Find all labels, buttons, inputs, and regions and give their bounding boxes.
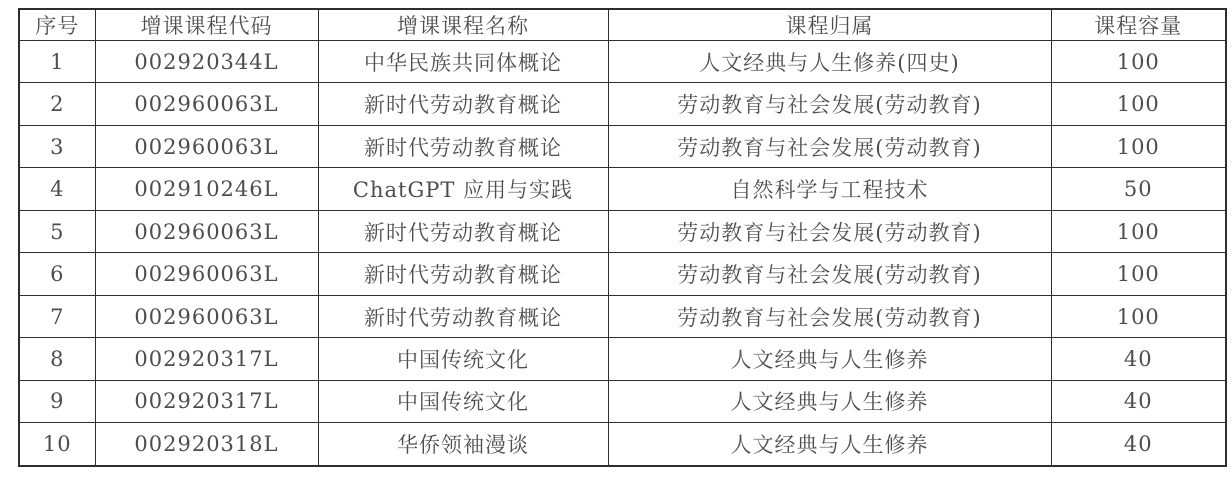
- cell-name: 华侨领袖漫谈: [318, 423, 608, 466]
- cell-code: 002960063L: [95, 210, 318, 252]
- cell-code: 002920317L: [95, 380, 318, 422]
- cell-capacity: 50: [1051, 168, 1226, 210]
- header-row: 序号增课课程代码增课课程名称课程归属课程容量: [19, 9, 1226, 41]
- cell-category: 劳动教育与社会发展(劳动教育): [608, 295, 1051, 337]
- table-row: 4002910246LChatGPT 应用与实践自然科学与工程技术50: [19, 168, 1226, 210]
- cell-capacity: 100: [1051, 83, 1226, 125]
- cell-category: 劳动教育与社会发展(劳动教育): [608, 125, 1051, 167]
- cell-no: 2: [19, 83, 95, 125]
- cell-capacity: 40: [1051, 380, 1226, 422]
- header-cell-capacity: 课程容量: [1051, 9, 1226, 41]
- cell-no: 7: [19, 295, 95, 337]
- cell-category: 人文经典与人生修养: [608, 423, 1051, 466]
- cell-code: 002920318L: [95, 423, 318, 466]
- cell-name: 中国传统文化: [318, 380, 608, 422]
- cell-category: 人文经典与人生修养(四史): [608, 41, 1051, 83]
- cell-category: 人文经典与人生修养: [608, 380, 1051, 422]
- header-cell-code: 增课课程代码: [95, 9, 318, 41]
- cell-capacity: 100: [1051, 210, 1226, 252]
- cell-name: 新时代劳动教育概论: [318, 83, 608, 125]
- cell-capacity: 100: [1051, 41, 1226, 83]
- cell-name: 新时代劳动教育概论: [318, 210, 608, 252]
- course-table: 序号增课课程代码增课课程名称课程归属课程容量 1002920344L中华民族共同…: [18, 8, 1227, 467]
- cell-category: 劳动教育与社会发展(劳动教育): [608, 253, 1051, 295]
- cell-name: 新时代劳动教育概论: [318, 125, 608, 167]
- header-cell-category: 课程归属: [608, 9, 1051, 41]
- cell-name: 新时代劳动教育概论: [318, 253, 608, 295]
- table-row: 2002960063L新时代劳动教育概论劳动教育与社会发展(劳动教育)100: [19, 83, 1226, 125]
- cell-name: 中华民族共同体概论: [318, 41, 608, 83]
- table-row: 8002920317L中国传统文化人文经典与人生修养40: [19, 338, 1226, 380]
- header-cell-no: 序号: [19, 9, 95, 41]
- table-row: 7002960063L新时代劳动教育概论劳动教育与社会发展(劳动教育)100: [19, 295, 1226, 337]
- cell-capacity: 100: [1051, 295, 1226, 337]
- cell-capacity: 40: [1051, 338, 1226, 380]
- cell-code: 002920344L: [95, 41, 318, 83]
- cell-code: 002910246L: [95, 168, 318, 210]
- cell-category: 人文经典与人生修养: [608, 338, 1051, 380]
- cell-category: 自然科学与工程技术: [608, 168, 1051, 210]
- cell-capacity: 40: [1051, 423, 1226, 466]
- cell-category: 劳动教育与社会发展(劳动教育): [608, 83, 1051, 125]
- table-row: 10002920318L华侨领袖漫谈人文经典与人生修养40: [19, 423, 1226, 466]
- cell-capacity: 100: [1051, 125, 1226, 167]
- cell-code: 002960063L: [95, 83, 318, 125]
- cell-category: 劳动教育与社会发展(劳动教育): [608, 210, 1051, 252]
- cell-no: 6: [19, 253, 95, 295]
- document-page: 序号增课课程代码增课课程名称课程归属课程容量 1002920344L中华民族共同…: [0, 0, 1232, 481]
- cell-code: 002920317L: [95, 338, 318, 380]
- header-cell-name: 增课课程名称: [318, 9, 608, 41]
- cell-no: 5: [19, 210, 95, 252]
- cell-name: ChatGPT 应用与实践: [318, 168, 608, 210]
- cell-name: 中国传统文化: [318, 338, 608, 380]
- cell-no: 10: [19, 423, 95, 466]
- table-row: 6002960063L新时代劳动教育概论劳动教育与社会发展(劳动教育)100: [19, 253, 1226, 295]
- cell-no: 3: [19, 125, 95, 167]
- cell-code: 002960063L: [95, 125, 318, 167]
- cell-no: 1: [19, 41, 95, 83]
- cell-name: 新时代劳动教育概论: [318, 295, 608, 337]
- table-row: 1002920344L中华民族共同体概论人文经典与人生修养(四史)100: [19, 41, 1226, 83]
- cell-no: 9: [19, 380, 95, 422]
- cell-no: 8: [19, 338, 95, 380]
- cell-code: 002960063L: [95, 253, 318, 295]
- cell-capacity: 100: [1051, 253, 1226, 295]
- table-row: 9002920317L中国传统文化人文经典与人生修养40: [19, 380, 1226, 422]
- table-row: 3002960063L新时代劳动教育概论劳动教育与社会发展(劳动教育)100: [19, 125, 1226, 167]
- table-row: 5002960063L新时代劳动教育概论劳动教育与社会发展(劳动教育)100: [19, 210, 1226, 252]
- table-body: 1002920344L中华民族共同体概论人文经典与人生修养(四史)1002002…: [19, 41, 1226, 467]
- cell-code: 002960063L: [95, 295, 318, 337]
- cell-no: 4: [19, 168, 95, 210]
